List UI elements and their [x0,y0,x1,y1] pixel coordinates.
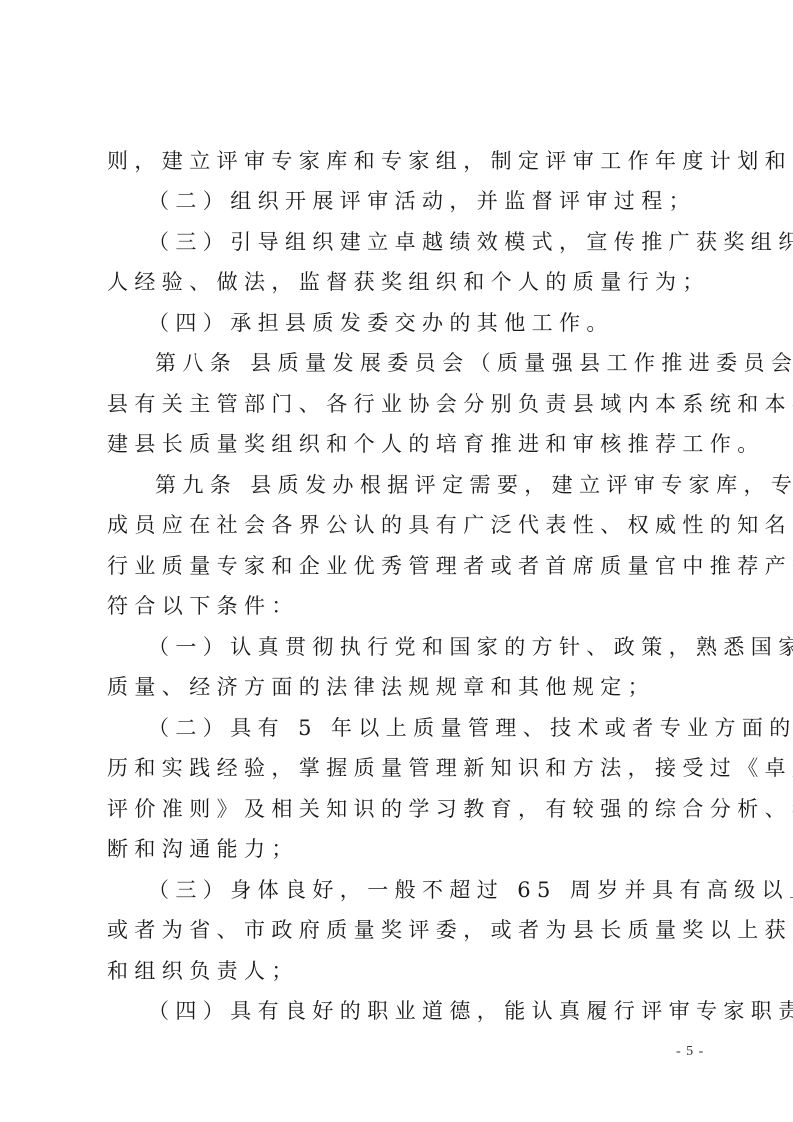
text-line: 符合以下条件： [107,591,707,621]
text-line: 县有关主管部门、各行业协会分别负责县域内本系统和本行业创 [107,389,707,419]
text-line: 断和沟通能力； [107,834,707,864]
text-line: （三）引导组织建立卓越绩效模式，宣传推广获奖组织和个 [148,227,748,257]
text-line: 和组织负责人； [107,956,707,986]
text-line: 成员应在社会各界公认的具有广泛代表性、权威性的知名学者、 [107,510,707,540]
text-line: 人经验、做法，监督获奖组织和个人的质量行为； [107,267,707,297]
text-line: 或者为省、市政府质量奖评委，或者为县长质量奖以上获奖个人 [107,915,707,945]
text-line: （一）认真贯彻执行党和国家的方针、政策，熟悉国家有关 [148,632,748,662]
text-line: 质量、经济方面的法律法规规章和其他规定； [107,672,707,702]
page-number: - 5 - [676,1044,704,1060]
text-line: （三）身体良好，一般不超过 65 周岁并具有高级以上职称， [148,875,748,905]
text-line: 行业质量专家和企业优秀管理者或者首席质量官中推荐产生，并 [107,551,707,581]
text-line: 建县长质量奖组织和个人的培育推进和审核推荐工作。 [107,429,707,459]
text-line: （二）具有 5 年以上质量管理、技术或者专业方面的工作经 [148,713,748,743]
text-line: 评价准则》及相关知识的学习教育，有较强的综合分析、独立判 [107,794,707,824]
article-heading-line: 第九条 县质发办根据评定需要，建立评审专家库，专家库 [155,470,755,500]
text-line: （四）具有良好的职业道德，能认真履行评审专家职责，严 [148,996,748,1026]
text-line: （四）承担县质发委交办的其他工作。 [148,308,748,338]
text-line: （二）组织开展评审活动，并监督评审过程； [148,186,748,216]
text-line: 则，建立评审专家库和专家组，制定评审工作年度计划和方案； [107,146,707,176]
article-heading-line: 第八条 县质量发展委员会（质量强县工作推进委员会）、 [155,348,755,378]
text-line: 历和实践经验，掌握质量管理新知识和方法，接受过《卓越绩效 [107,753,707,783]
document-page: 则，建立评审专家库和专家组，制定评审工作年度计划和方案； （二）组织开展评审活动… [0,0,793,1122]
